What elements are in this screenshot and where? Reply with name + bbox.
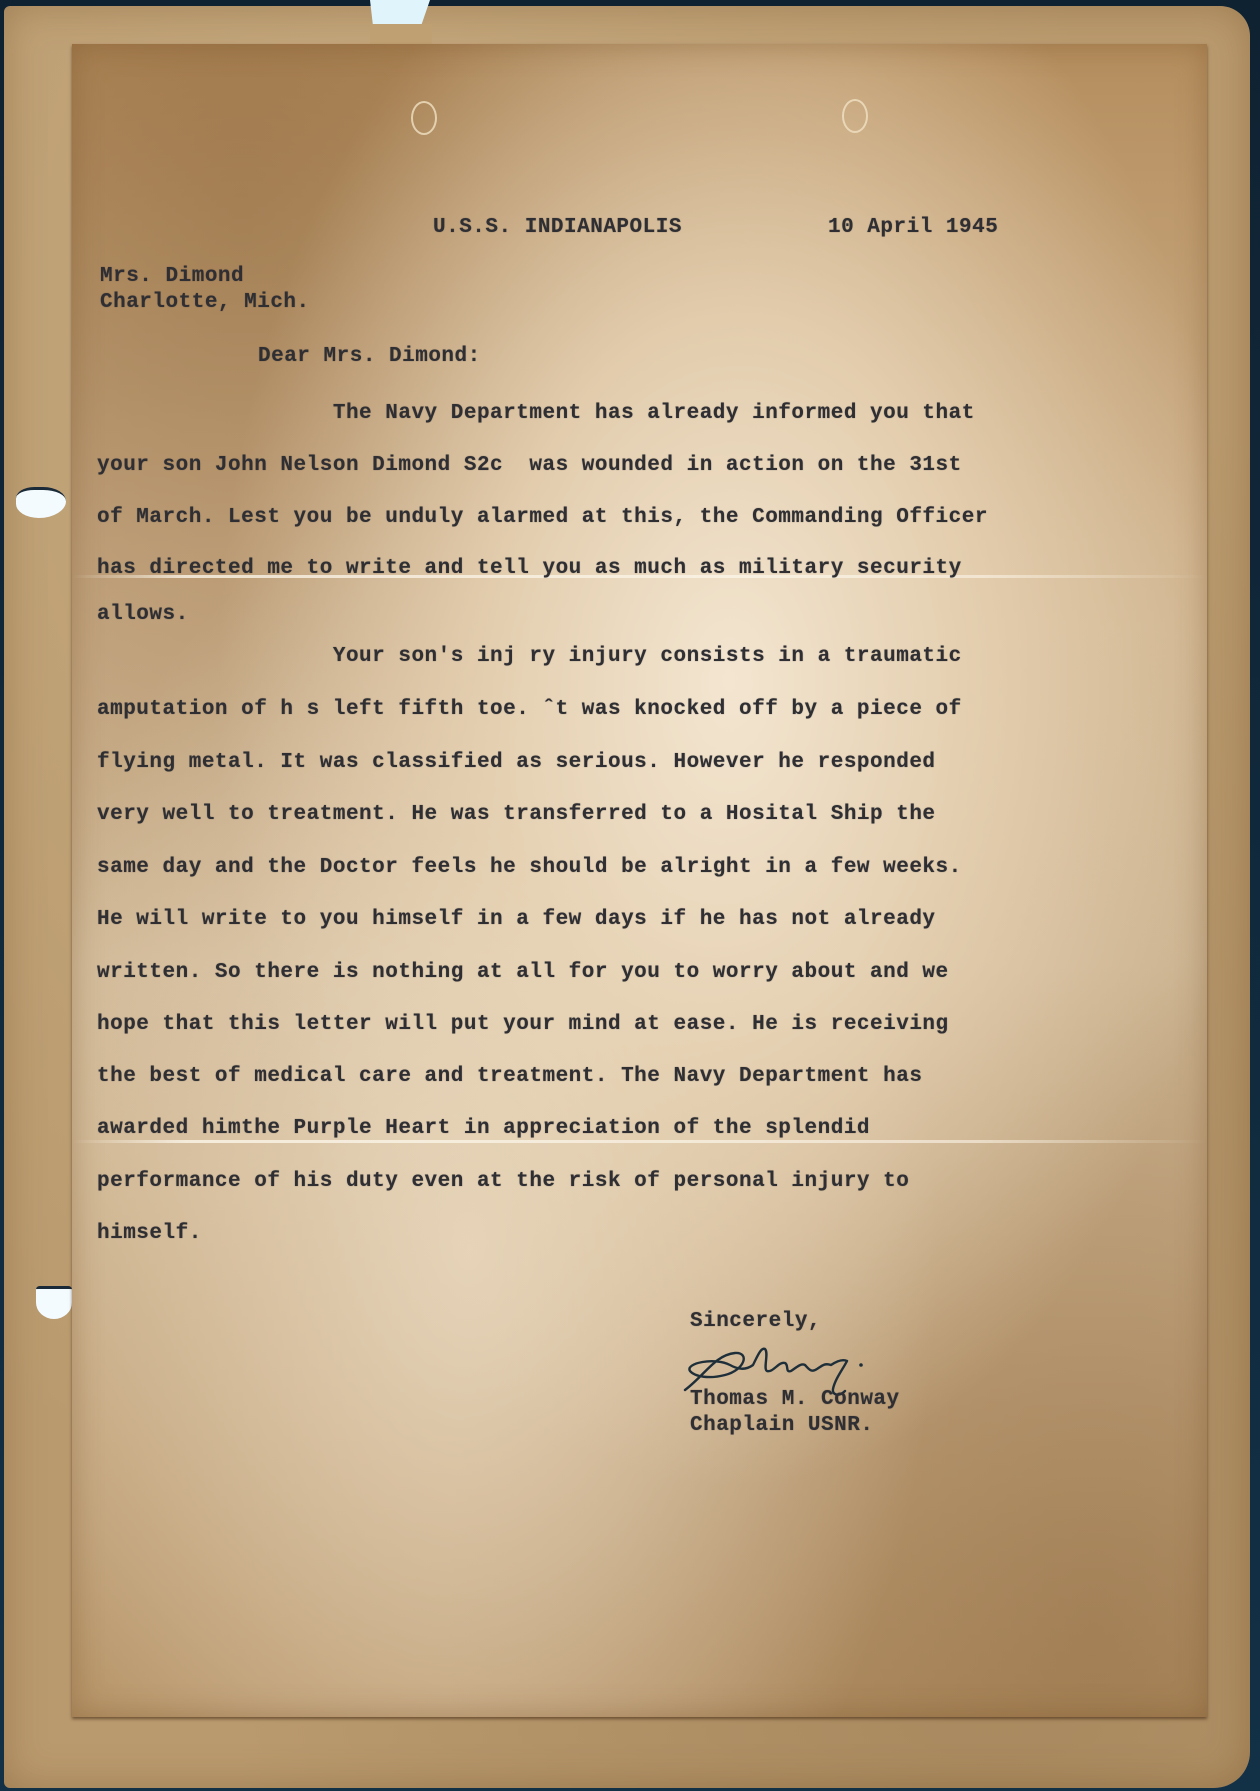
body-line: himself. xyxy=(97,1222,202,1245)
body-line: has directed me to write and tell you as… xyxy=(97,557,962,580)
letterhead-ship: U.S.S. INDIANAPOLIS xyxy=(433,216,682,239)
body-line: hope that this letter will put your mind… xyxy=(97,1013,949,1036)
body-line: He will write to you himself in a few da… xyxy=(97,908,936,931)
body-line: your son John Nelson Dimond S2c was woun… xyxy=(97,454,962,477)
signer-title: Chaplain USNR. xyxy=(690,1414,873,1437)
body-line: awarded himthe Purple Heart in appreciat… xyxy=(97,1117,870,1140)
staple-hole-right xyxy=(842,99,868,133)
body-line: allows. xyxy=(97,603,189,626)
body-line: Your son's inj ry injury consists in a t… xyxy=(97,645,962,668)
body-line: flying metal. It was classified as serio… xyxy=(97,751,936,774)
body-line: same day and the Doctor feels he should … xyxy=(97,856,962,879)
body-line: the best of medical care and treatment. … xyxy=(97,1065,922,1088)
body-line: amputation of h s left fifth toe. ˆt was… xyxy=(97,698,962,721)
letter-date: 10 April 1945 xyxy=(828,216,998,239)
body-line: The Navy Department has already informed… xyxy=(97,402,975,425)
fold-crease xyxy=(72,1140,1207,1143)
recipient-location: Charlotte, Mich. xyxy=(100,291,310,314)
salutation: Dear Mrs. Dimond: xyxy=(258,345,481,368)
closing-signoff: Sincerely, xyxy=(690,1310,821,1333)
body-line: written. So there is nothing at all for … xyxy=(97,961,949,984)
body-line: very well to treatment. He was transferr… xyxy=(97,803,936,826)
body-line: of March. Lest you be unduly alarmed at … xyxy=(97,506,988,529)
torn-corner xyxy=(370,0,430,26)
recipient-name: Mrs. Dimond xyxy=(100,265,244,288)
punch-hole-lower xyxy=(36,1286,72,1319)
body-line: performance of his duty even at the risk… xyxy=(97,1170,909,1193)
signer-name: Thomas M. Conway xyxy=(690,1388,900,1411)
staple-hole-left xyxy=(411,101,437,135)
